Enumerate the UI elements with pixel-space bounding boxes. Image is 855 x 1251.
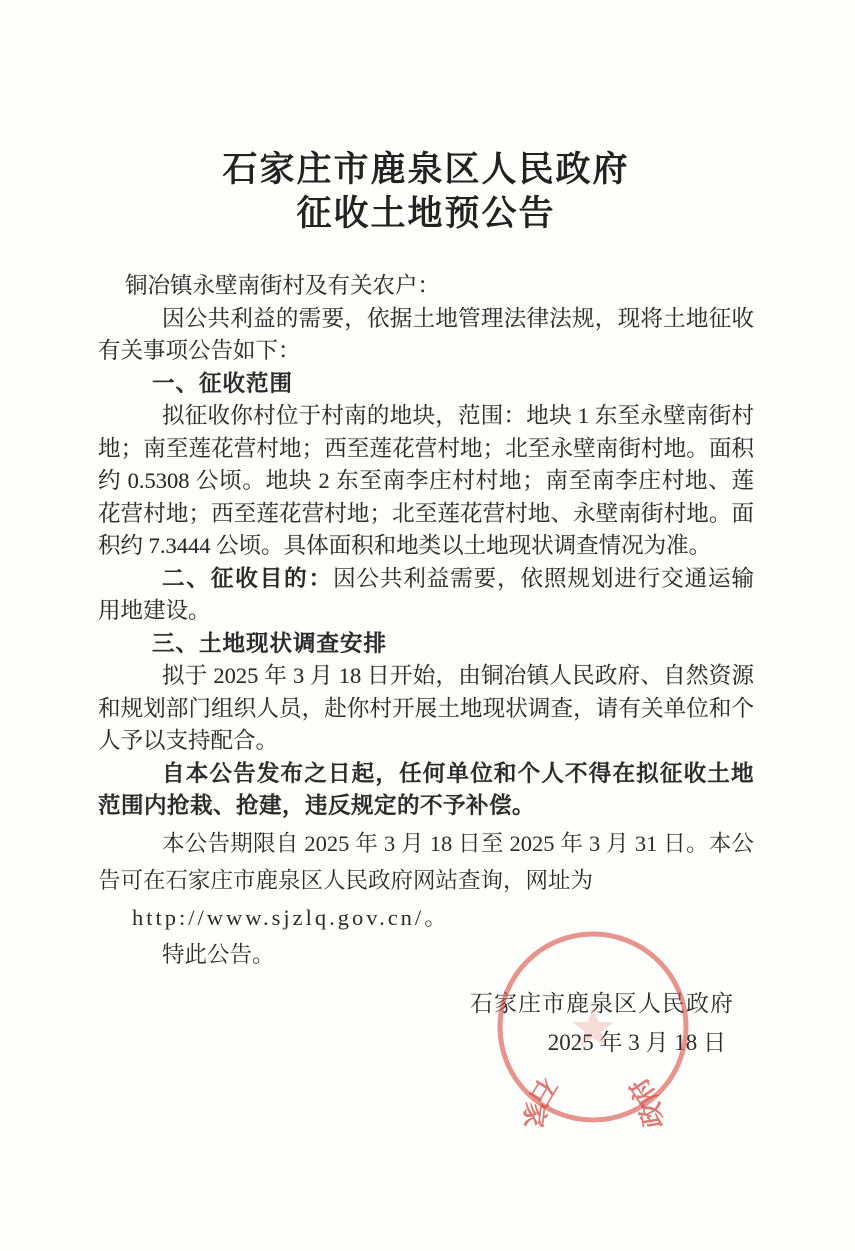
validity-paragraph: 本公告期限自 2025 年 3 月 18 日至 2025 年 3 月 31 日。…: [98, 825, 754, 899]
section1-heading: 一、征收范围: [98, 368, 754, 401]
closing-block: 本公告期限自 2025 年 3 月 18 日至 2025 年 3 月 31 日。…: [98, 825, 754, 973]
section1-paragraph: 拟征收你村位于村南的地块，范围：地块 1 东至永壁南街村地；南至莲花营村地；西至…: [98, 400, 754, 563]
seal-text: 石家庄市鹿泉区人民政府: [518, 1070, 669, 1127]
document-title: 石家庄市鹿泉区人民政府 征收土地预公告: [98, 148, 754, 236]
intro-paragraph: 因公共利益的需要，依据土地管理法律法规，现将土地征收有关事项公告如下：: [98, 303, 754, 368]
issuer-name: 石家庄市鹿泉区人民政府: [98, 989, 754, 1019]
section3-paragraph: 拟于 2025 年 3 月 18 日开始，由铜冶镇人民政府、自然资源和规划部门组…: [98, 660, 754, 758]
svg-text:石家庄市鹿泉区人民政府: 石家庄市鹿泉区人民政府: [518, 1070, 669, 1127]
signature-block: 石家庄市鹿泉区人民政府 2025 年 3 月 18 日: [98, 989, 754, 1058]
section2-paragraph: 二、征收目的：因公共利益需要，依照规划进行交通运输用地建设。: [98, 563, 754, 628]
section3-heading: 三、土地现状调查安排: [98, 628, 754, 661]
website-url-text: http://www.sjzlq.gov.cn/。: [98, 899, 754, 936]
closing-paragraph: 特此公告。: [98, 936, 754, 973]
title-line-2: 征收土地预公告: [98, 192, 754, 236]
scanned-announcement-page: 石家庄市鹿泉区人民政府 征收土地预公告 铜冶镇永壁南街村及有关农户： 因公共利益…: [0, 0, 855, 1251]
warning-paragraph: 自本公告发布之日起，任何单位和个人不得在拟征收土地范围内抢栽、抢建，违反规定的不…: [98, 758, 754, 823]
document-body: 铜冶镇永壁南街村及有关农户： 因公共利益的需要，依据土地管理法律法规，现将土地征…: [98, 270, 754, 823]
title-line-1: 石家庄市鹿泉区人民政府: [98, 148, 754, 192]
section2-heading: 二、征收目的：: [162, 566, 333, 591]
issue-date: 2025 年 3 月 18 日: [98, 1028, 754, 1058]
salutation: 铜冶镇永壁南街村及有关农户：: [98, 270, 754, 303]
document-content: 石家庄市鹿泉区人民政府 征收土地预公告 铜冶镇永壁南街村及有关农户： 因公共利益…: [98, 148, 754, 1058]
